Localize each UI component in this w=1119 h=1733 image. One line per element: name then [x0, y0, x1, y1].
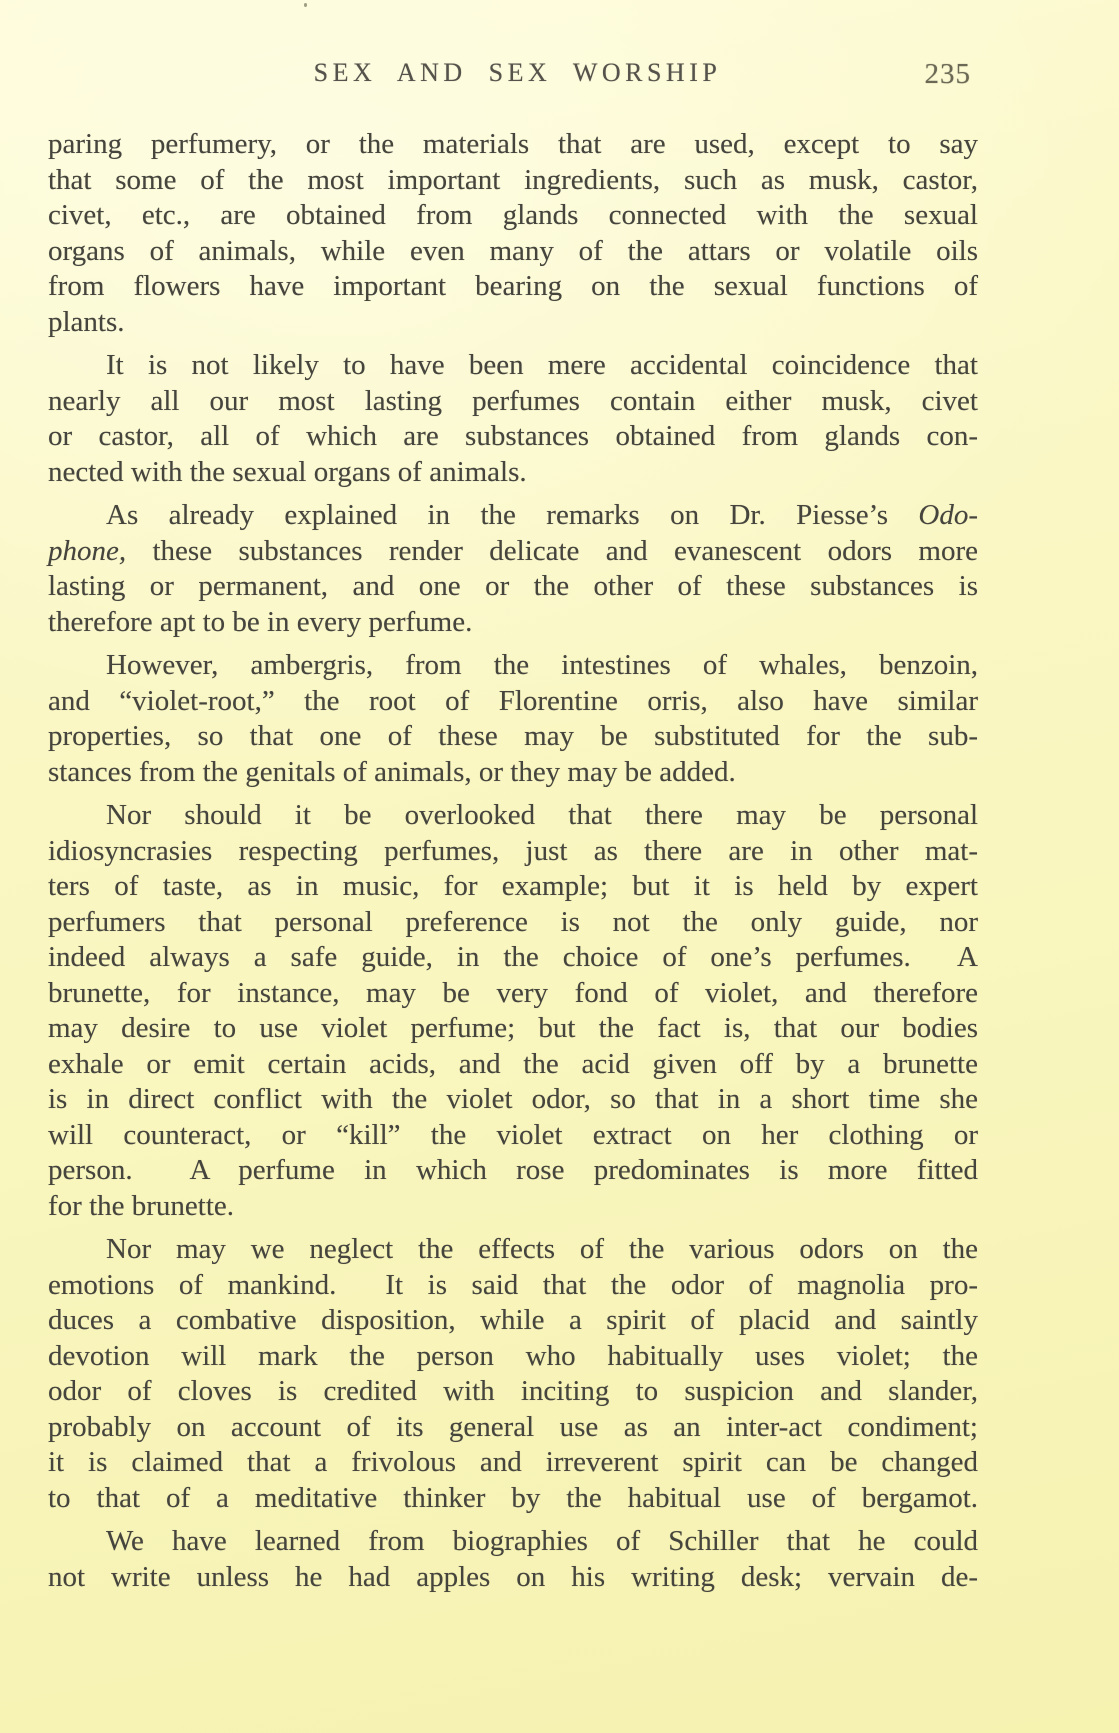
text-line: exhale or emit certain acids, and the ac…: [48, 1047, 978, 1083]
page-number: 235: [925, 58, 972, 91]
text-line: It is not likely to have been mere accid…: [48, 348, 978, 384]
text-segment: duces a combative disposition, while a s…: [48, 1304, 978, 1336]
text-line: phone, these substances render delicate …: [48, 534, 978, 570]
paragraph: As already explained in the remarks on D…: [48, 498, 978, 640]
text-line: or castor, all of which are substances o…: [48, 419, 978, 455]
text-line: As already explained in the remarks on D…: [48, 498, 978, 534]
text-line: therefore apt to be in every perfume.: [48, 605, 978, 641]
text-line: Nor should it be overlooked that there m…: [48, 798, 978, 834]
text-line: it is claimed that a frivolous and irrev…: [48, 1445, 978, 1481]
text-segment: odor of cloves is credited with inciting…: [48, 1375, 978, 1407]
text-line: is in direct conflict with the violet od…: [48, 1082, 978, 1118]
text-segment: nearly all our most lasting perfumes con…: [48, 385, 978, 417]
text-line: duces a combative disposition, while a s…: [48, 1303, 978, 1339]
text-line: ters of taste, as in music, for example;…: [48, 869, 978, 905]
text-segment: Nor should it be overlooked that there m…: [106, 799, 978, 831]
text-line: nearly all our most lasting perfumes con…: [48, 384, 978, 420]
text-line: stances from the genitals of animals, or…: [48, 755, 978, 791]
running-head-title: SEX AND SEX WORSHIP: [0, 58, 1077, 88]
paragraph: paring perfumery, or the materials that …: [48, 127, 978, 340]
text-segment: from flowers have important bearing on t…: [48, 270, 978, 302]
paragraph: Nor should it be overlooked that there m…: [48, 798, 978, 1224]
text-segment: idiosyncrasies respecting perfumes, just…: [48, 835, 978, 867]
book-page: SEX AND SEX WORSHIP 235 paring perfumery…: [0, 0, 1119, 1733]
text-line: paring perfumery, or the materials that …: [48, 127, 978, 163]
text-line: Nor may we neglect the effects of the va…: [48, 1232, 978, 1268]
text-segment: devotion will mark the person who habitu…: [48, 1340, 978, 1372]
text-segment: We have learned from biographies of Schi…: [106, 1525, 978, 1557]
italic-text: phone,: [48, 535, 126, 567]
text-segment: As already explained in the remarks on D…: [106, 499, 918, 531]
text-line: not write unless he had apples on his wr…: [48, 1560, 978, 1596]
text-line: devotion will mark the person who habitu…: [48, 1339, 978, 1375]
text-segment: therefore apt to be in every perfume.: [48, 606, 472, 638]
text-segment: it is claimed that a frivolous and irrev…: [48, 1446, 978, 1478]
text-segment: organs of animals, while even many of th…: [48, 235, 978, 267]
paragraph: Nor may we neglect the effects of the va…: [48, 1232, 978, 1516]
text-line: brunette, for instance, may be very fond…: [48, 976, 978, 1012]
text-segment: exhale or emit certain acids, and the ac…: [48, 1048, 978, 1080]
text-segment: may desire to use violet perfume; but th…: [48, 1012, 978, 1044]
text-line: to that of a meditative thinker by the h…: [48, 1481, 978, 1517]
text-line: However, ambergris, from the intestines …: [48, 648, 978, 684]
text-segment: for the brunette.: [48, 1190, 234, 1222]
text-line: nected with the sexual organs of animals…: [48, 455, 978, 491]
text-segment: not write unless he had apples on his wr…: [48, 1561, 978, 1593]
body-text: paring perfumery, or the materials that …: [48, 127, 978, 1595]
text-line: organs of animals, while even many of th…: [48, 234, 978, 270]
text-line: We have learned from biographies of Schi…: [48, 1524, 978, 1560]
text-line: and “violet-root,” the root of Florentin…: [48, 684, 978, 720]
text-line: properties, so that one of these may be …: [48, 719, 978, 755]
text-segment: plants.: [48, 306, 125, 338]
text-segment: indeed always a safe guide, in the choic…: [48, 941, 978, 973]
paragraph: We have learned from biographies of Schi…: [48, 1524, 978, 1595]
text-line: from flowers have important bearing on t…: [48, 269, 978, 305]
text-segment: to that of a meditative thinker by the h…: [48, 1482, 978, 1514]
text-line: idiosyncrasies respecting perfumes, just…: [48, 834, 978, 870]
text-segment: nected with the sexual organs of animals…: [48, 456, 527, 488]
text-segment: and “violet-root,” the root of Florentin…: [48, 685, 978, 717]
text-segment: However, ambergris, from the intestines …: [106, 649, 978, 681]
text-segment: is in direct conflict with the violet od…: [48, 1083, 978, 1115]
text-line: will counteract, or “kill” the violet ex…: [48, 1118, 978, 1154]
text-segment: ters of taste, as in music, for example;…: [48, 870, 978, 902]
paragraph: However, ambergris, from the intestines …: [48, 648, 978, 790]
paragraph: It is not likely to have been mere accid…: [48, 348, 978, 490]
text-line: may desire to use violet perfume; but th…: [48, 1011, 978, 1047]
text-segment: brunette, for instance, may be very fond…: [48, 977, 978, 1009]
text-segment: paring perfumery, or the materials that …: [48, 128, 978, 160]
text-line: probably on account of its general use a…: [48, 1410, 978, 1446]
text-segment: perfumers that personal preference is no…: [48, 906, 978, 938]
text-line: for the brunette.: [48, 1189, 978, 1225]
text-line: plants.: [48, 305, 978, 341]
text-segment: stances from the genitals of animals, or…: [48, 756, 736, 788]
text-line: emotions of mankind. It is said that the…: [48, 1268, 978, 1304]
text-segment: emotions of mankind. It is said that the…: [48, 1269, 978, 1301]
scan-speck: [304, 3, 307, 7]
text-line: civet, etc., are obtained from glands co…: [48, 198, 978, 234]
text-segment: that some of the most important ingredie…: [48, 164, 978, 196]
text-line: lasting or permanent, and one or the oth…: [48, 569, 978, 605]
text-segment: will counteract, or “kill” the violet ex…: [48, 1119, 978, 1151]
text-segment: these substances render delicate and eva…: [126, 535, 978, 567]
text-line: that some of the most important ingredie…: [48, 163, 978, 199]
text-line: odor of cloves is credited with inciting…: [48, 1374, 978, 1410]
text-segment: or castor, all of which are substances o…: [48, 420, 978, 452]
text-line: perfumers that personal preference is no…: [48, 905, 978, 941]
text-segment: probably on account of its general use a…: [48, 1411, 978, 1443]
text-segment: Nor may we neglect the effects of the va…: [106, 1233, 978, 1265]
text-segment: person. A perfume in which rose predomin…: [48, 1154, 978, 1186]
text-line: indeed always a safe guide, in the choic…: [48, 940, 978, 976]
text-segment: properties, so that one of these may be …: [48, 720, 978, 752]
text-segment: It is not likely to have been mere accid…: [106, 349, 978, 381]
text-segment: civet, etc., are obtained from glands co…: [48, 199, 978, 231]
text-line: person. A perfume in which rose predomin…: [48, 1153, 978, 1189]
text-segment: lasting or permanent, and one or the oth…: [48, 570, 978, 602]
italic-text: Odo-: [918, 499, 978, 531]
